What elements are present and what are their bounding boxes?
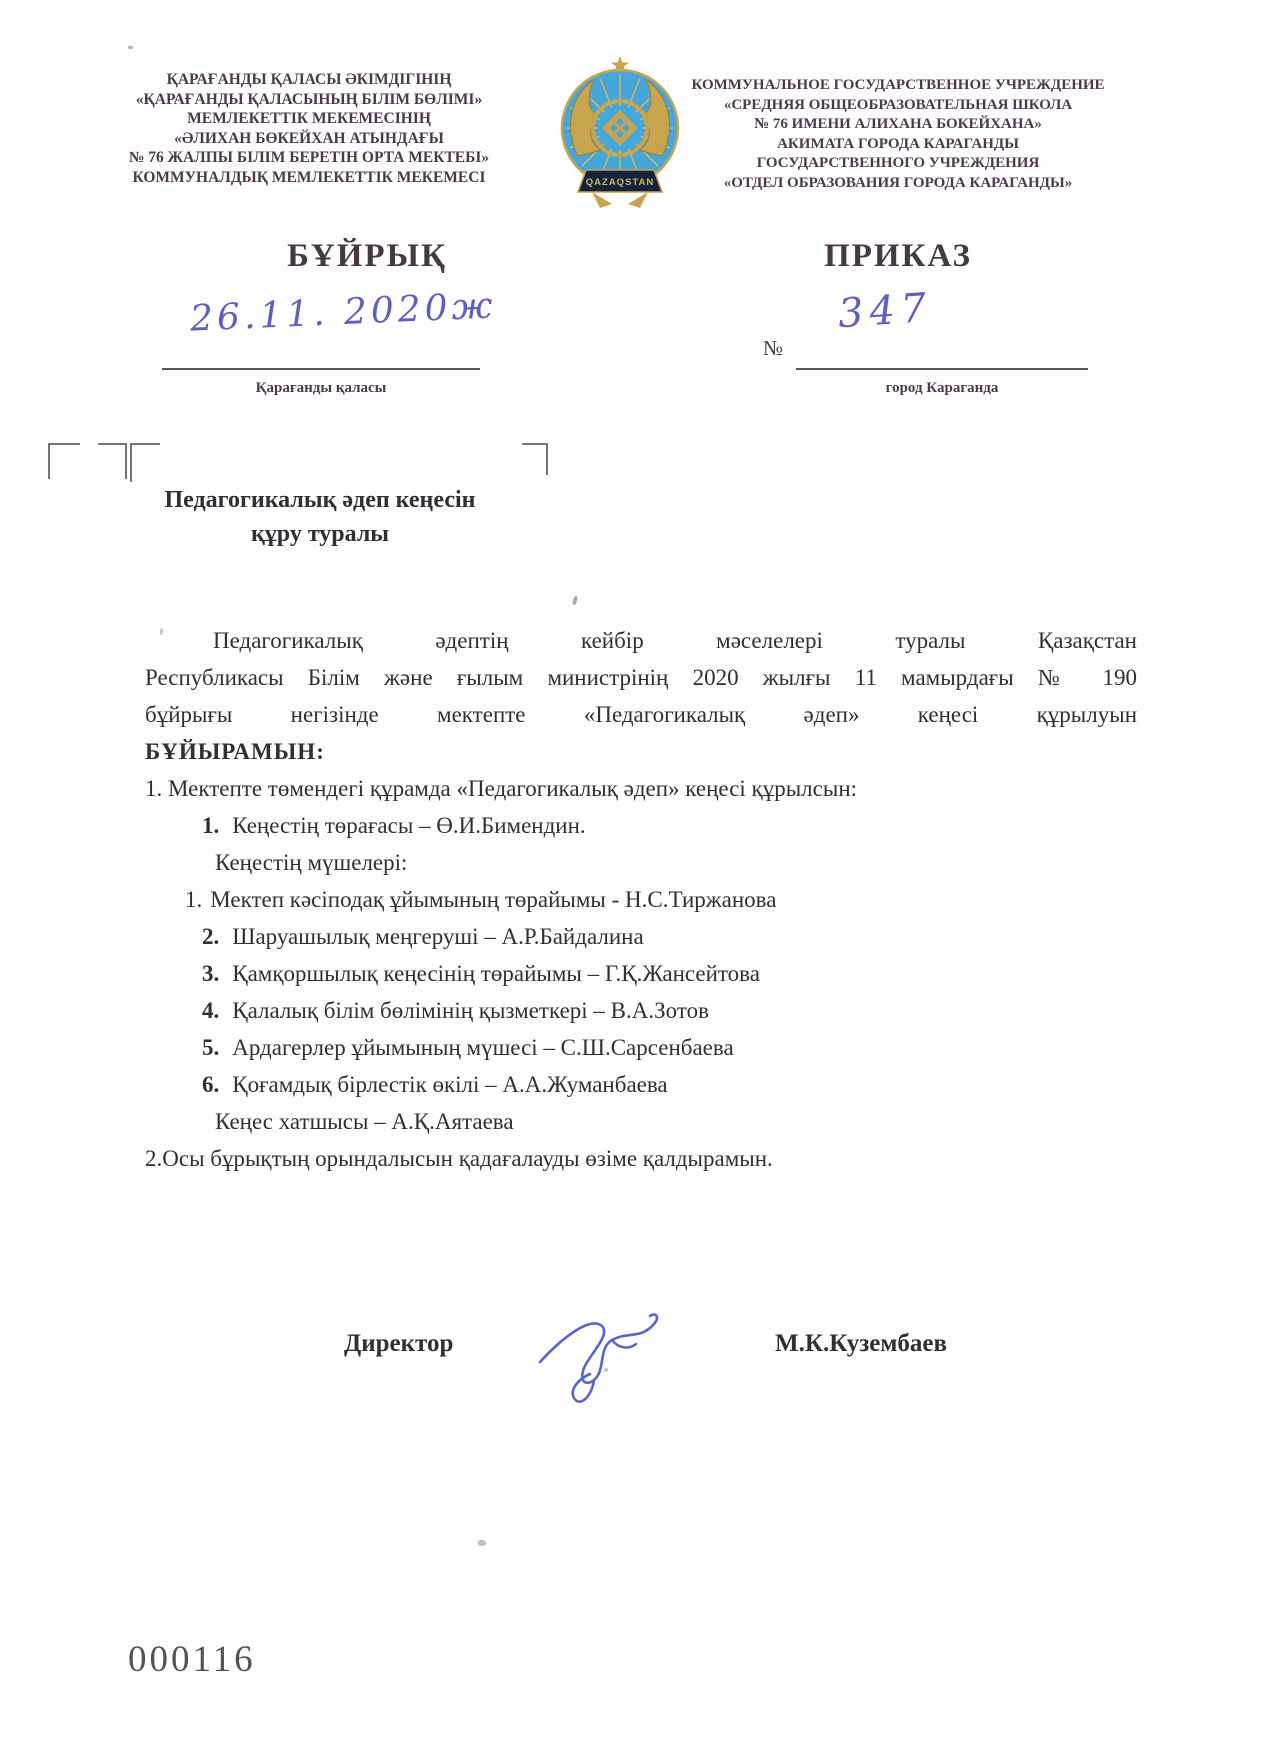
number-underline <box>796 368 1088 370</box>
org-header-russian: КОММУНАЛЬНОЕ ГОСУДАРСТВЕННОЕ УЧРЕЖДЕНИЕ … <box>652 76 1144 193</box>
corner-mark <box>130 443 160 482</box>
org-line: ГОСУДАРСТВЕННОГО УЧРЕЖДЕНИЯ <box>652 154 1144 174</box>
handwritten-order-number: 347 <box>837 285 934 337</box>
org-line: КОММУНАЛЬНОЕ ГОСУДАРСТВЕННОЕ УЧРЕЖДЕНИЕ <box>652 76 1144 96</box>
org-header-kazakh: ҚАРАҒАНДЫ ҚАЛАСЫ ӘКІМДІГІНІҢ «ҚАРАҒАНДЫ … <box>108 70 510 187</box>
signature-role: Директор <box>344 1330 453 1358</box>
org-line: № 76 ИМЕНИ АЛИХАНА БОКЕЙХАНА» <box>652 115 1144 135</box>
order-subject: Педагогикалық әдеп кеңесін құру туралы <box>145 483 495 551</box>
list-number: 5. <box>202 1035 219 1060</box>
place-russian: город Караганда <box>796 380 1088 397</box>
body-line: Педагогикалық әдептің кейбір мәселелері … <box>145 622 1137 659</box>
list-item: 6.Қоғамдық бірлестік өкілі – А.А.Жуманба… <box>145 1066 1137 1103</box>
order-body: Педагогикалық әдептің кейбір мәселелері … <box>145 622 1137 1177</box>
list-item: 4.Қалалық білім бөлімінің қызметкері – В… <box>145 992 1137 1029</box>
org-line: МЕМЛЕКЕТТІК МЕКЕМЕСІНІҢ <box>108 109 510 129</box>
serial-number: 000116 <box>128 1638 256 1681</box>
list-number: 4. <box>202 998 219 1023</box>
body-line: Республикасы Білім және ғылым министріні… <box>145 659 1137 696</box>
list-item: 1.Кеңестің төрағасы – Ө.И.Бимендин. <box>145 807 1137 844</box>
body-line-closing: 2.Осы бұрықтың орындалысын қадағалауды ө… <box>145 1140 1137 1177</box>
org-line: АКИМАТА ГОРОДА КАРАГАНДЫ <box>652 135 1144 155</box>
scan-artifact <box>128 46 133 49</box>
scanned-order-document: ҚАРАҒАНДЫ ҚАЛАСЫ ӘКІМДІГІНІҢ «ҚАРАҒАНДЫ … <box>0 0 1276 1755</box>
org-line: «ӘЛИХАН БӨКЕЙХАН АТЫНДАҒЫ <box>108 129 510 149</box>
scan-artifact <box>572 596 579 606</box>
scan-artifact <box>604 1368 608 1372</box>
org-line: № 76 ЖАЛПЫ БІЛІМ БЕРЕТІН ОРТА МЕКТЕБІ» <box>108 148 510 168</box>
list-number: 1. <box>202 813 219 838</box>
list-item: Кеңес хатшысы – А.Қ.Аятаева <box>145 1103 1137 1140</box>
subject-line: Педагогикалық әдеп кеңесін <box>145 483 495 517</box>
body-line: бұйрығы негізінде мектепте «Педагогикалы… <box>145 696 1137 733</box>
list-item: 5.Ардагерлер ұйымының мүшесі – С.Ш.Сарсе… <box>145 1029 1137 1066</box>
org-line: «СРЕДНЯЯ ОБЩЕОБРАЗОВАТЕЛЬНАЯ ШКОЛА <box>652 96 1144 116</box>
org-line: КОММУНАЛДЫҚ МЕМЛЕКЕТТІК МЕКЕМЕСІ <box>108 168 510 188</box>
body-line-resolve-keyword: БҰЙЫРАМЫН: <box>145 733 1137 770</box>
director-signature-scribble <box>532 1298 682 1413</box>
corner-mark <box>98 443 127 479</box>
org-line: «ҚАРАҒАНДЫ ҚАЛАСЫНЫҢ БІЛІМ БӨЛІМІ» <box>108 90 510 110</box>
subject-line: құру туралы <box>145 517 495 551</box>
place-kazakh: Қарағанды қаласы <box>162 380 480 397</box>
list-number: 6. <box>202 1072 219 1097</box>
list-number: 1. <box>185 887 202 912</box>
signatory-name: М.К.Кузембаев <box>775 1330 947 1358</box>
order-title-russian: ПРИКАЗ <box>798 238 998 275</box>
list-number: 2. <box>202 924 219 949</box>
order-title-kazakh: БҰЙРЫҚ <box>252 238 482 275</box>
org-line: ҚАРАҒАНДЫ ҚАЛАСЫ ӘКІМДІГІНІҢ <box>108 70 510 90</box>
list-item: 3.Қамқоршылық кеңесінің төрайымы – Г.Қ.Ж… <box>145 955 1137 992</box>
number-sign: № <box>763 336 783 361</box>
corner-mark <box>48 443 80 479</box>
list-number: 3. <box>202 961 219 986</box>
list-item: 2.Шаруашылық меңгеруші – А.Р.Байдалина <box>145 918 1137 955</box>
org-line: «ОТДЕЛ ОБРАЗОВАНИЯ ГОРОДА КАРАГАНДЫ» <box>652 174 1144 194</box>
corner-mark <box>522 443 548 475</box>
date-underline <box>162 368 480 370</box>
scan-artifact <box>478 1540 486 1546</box>
list-item: 1.Мектеп кәсіподақ ұйымының төрайымы - Н… <box>145 881 1137 918</box>
list-item: Кеңестің мүшелері: <box>145 844 1137 881</box>
emblem-ribbon-text: QAZAQSTAN <box>586 177 654 188</box>
body-line: 1. Мектепте төмендегі құрамда «Педагогик… <box>145 770 1137 807</box>
handwritten-date: 26.11. 2020ж <box>189 285 497 339</box>
